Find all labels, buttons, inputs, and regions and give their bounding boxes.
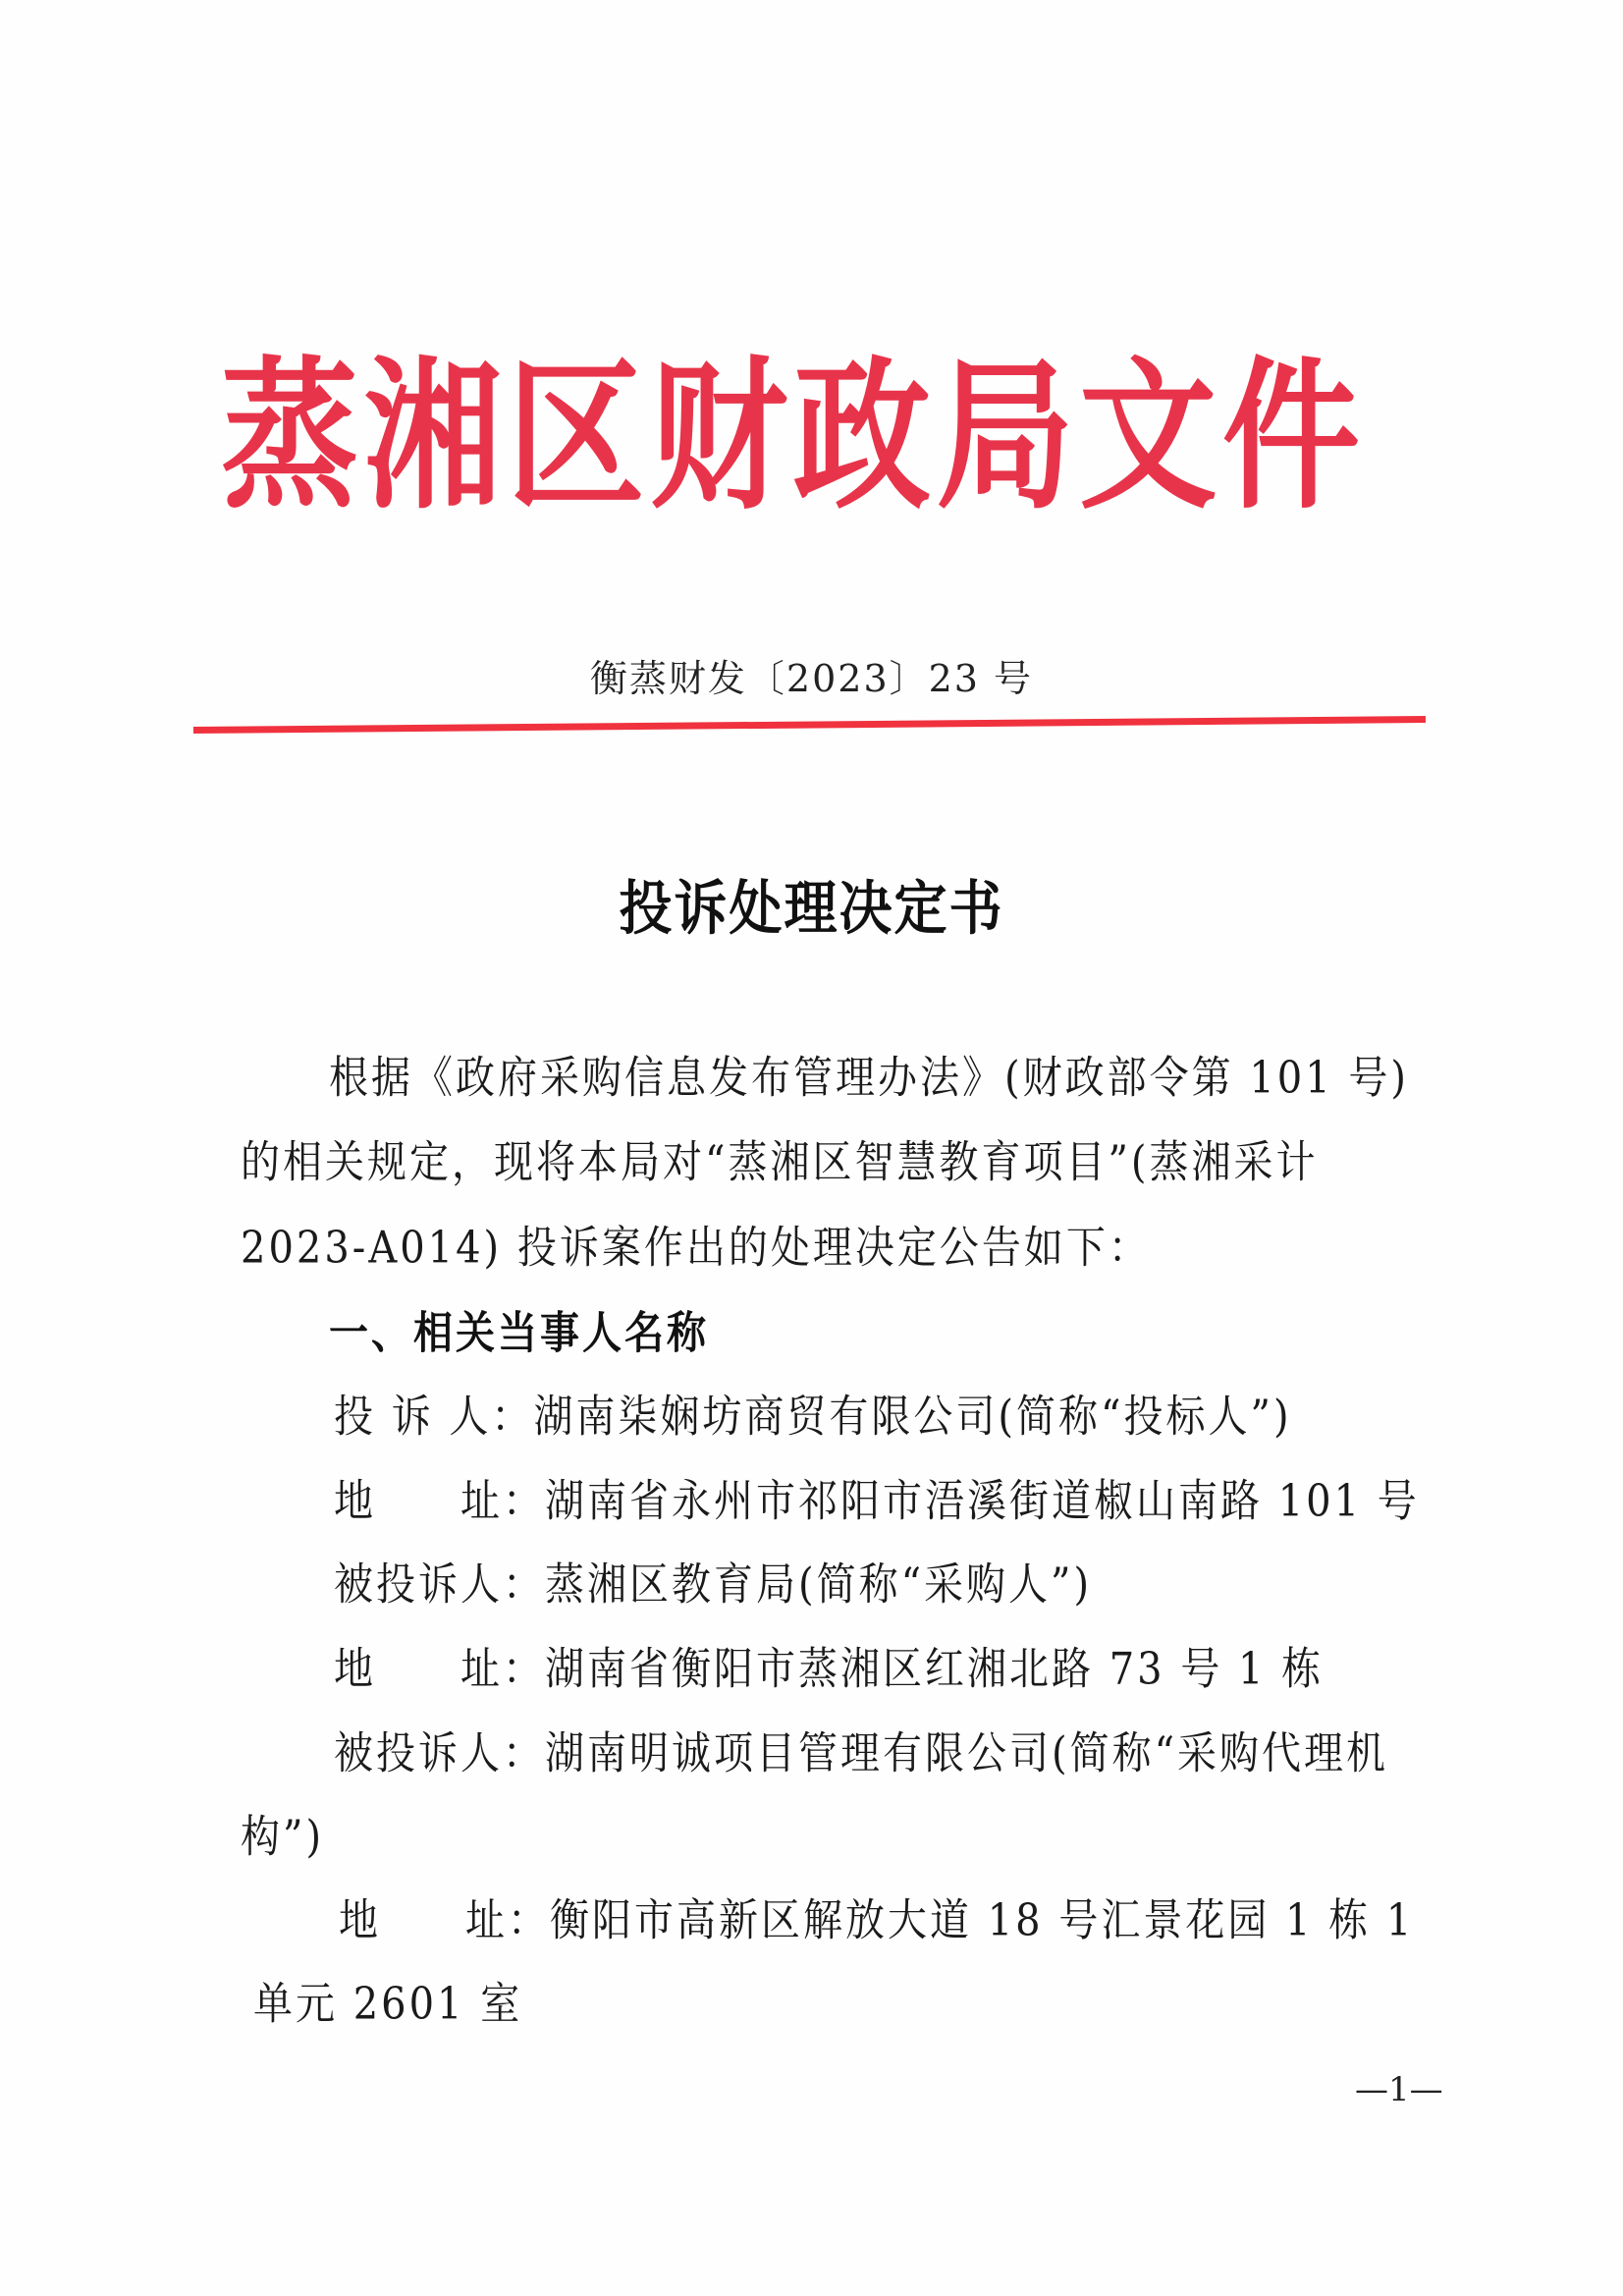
intro-line-2: 的相关规定，现将本局对“蒸湘区智慧教育项目”(蒸湘采计 xyxy=(241,1127,1319,1190)
party-value: 湖南省衡阳市蒸湘区红湘北路 73 号 1 栋 xyxy=(545,1644,1324,1695)
party-value: 单元 2601 室 xyxy=(253,1979,522,2030)
masthead-char: 文 xyxy=(1079,355,1217,518)
party-label: 被投诉人： xyxy=(334,1550,545,1613)
intro-line-3: 2023-A014) 投诉案作出的处理决定公告如下： xyxy=(241,1213,1151,1276)
party-row-complainant: 投 诉 人：湖南柒娴坊商贸有限公司(简称“投标人”) xyxy=(334,1382,1292,1445)
masthead-char: 局 xyxy=(937,355,1074,518)
masthead-char: 区 xyxy=(507,355,644,518)
masthead-char: 财 xyxy=(650,355,787,518)
party-row-address-3: 地 址：衡阳市高新区解放大道 18 号汇景花园 1 栋 1 xyxy=(339,1886,1414,1948)
party-value: 蒸湘区教育局(简称“采购人”) xyxy=(545,1559,1092,1611)
party-label: 投 诉 人： xyxy=(334,1382,533,1445)
masthead-char: 件 xyxy=(1222,355,1360,518)
party-label: 被投诉人： xyxy=(334,1719,545,1781)
intro-line-1: 根据《政府采购信息发布管理办法》(财政部令第 101 号) xyxy=(329,1043,1409,1106)
red-divider-rule xyxy=(193,716,1426,734)
party-row-address-2: 地 址：湖南省衡阳市蒸湘区红湘北路 73 号 1 栋 xyxy=(334,1634,1324,1697)
party-row-respondent-2-cont: 构”) xyxy=(241,1802,324,1865)
masthead-char: 蒸 xyxy=(221,355,358,518)
masthead-title: 蒸 湘 区 财 政 局 文 件 xyxy=(221,333,1360,541)
party-value: 湖南省永州市祁阳市浯溪街道椒山南路 101 号 xyxy=(545,1476,1420,1527)
document-title: 投诉处理决定书 xyxy=(0,862,1623,946)
party-row-address-1: 地 址：湖南省永州市祁阳市浯溪街道椒山南路 101 号 xyxy=(334,1466,1420,1529)
party-label: 地 址： xyxy=(339,1886,550,1948)
party-row-respondent-2: 被投诉人：湖南明诚项目管理有限公司(简称“采购代理机 xyxy=(334,1719,1388,1781)
party-label: 地 址： xyxy=(334,1634,545,1697)
document-number: 衡蒸财发〔2023〕23 号 xyxy=(0,648,1623,702)
party-row-address-3-cont: 单元 2601 室 xyxy=(253,1969,522,2032)
document-page: 蒸 湘 区 财 政 局 文 件 衡蒸财发〔2023〕23 号 投诉处理决定书 根… xyxy=(0,0,1623,2296)
party-value: 衡阳市高新区解放大道 18 号汇景花园 1 栋 1 xyxy=(550,1895,1414,1946)
party-value: 构”) xyxy=(241,1812,324,1863)
party-value: 湖南明诚项目管理有限公司(简称“采购代理机 xyxy=(545,1728,1388,1779)
party-label: 地 址： xyxy=(334,1466,545,1529)
party-row-respondent-1: 被投诉人：蒸湘区教育局(简称“采购人”) xyxy=(334,1550,1092,1613)
masthead-char: 湘 xyxy=(364,355,502,518)
party-value: 湖南柒娴坊商贸有限公司(简称“投标人”) xyxy=(533,1392,1291,1443)
masthead-char: 政 xyxy=(793,355,931,518)
page-number: —1— xyxy=(1355,2070,1443,2109)
section-heading: 一、相关当事人名称 xyxy=(329,1298,709,1361)
